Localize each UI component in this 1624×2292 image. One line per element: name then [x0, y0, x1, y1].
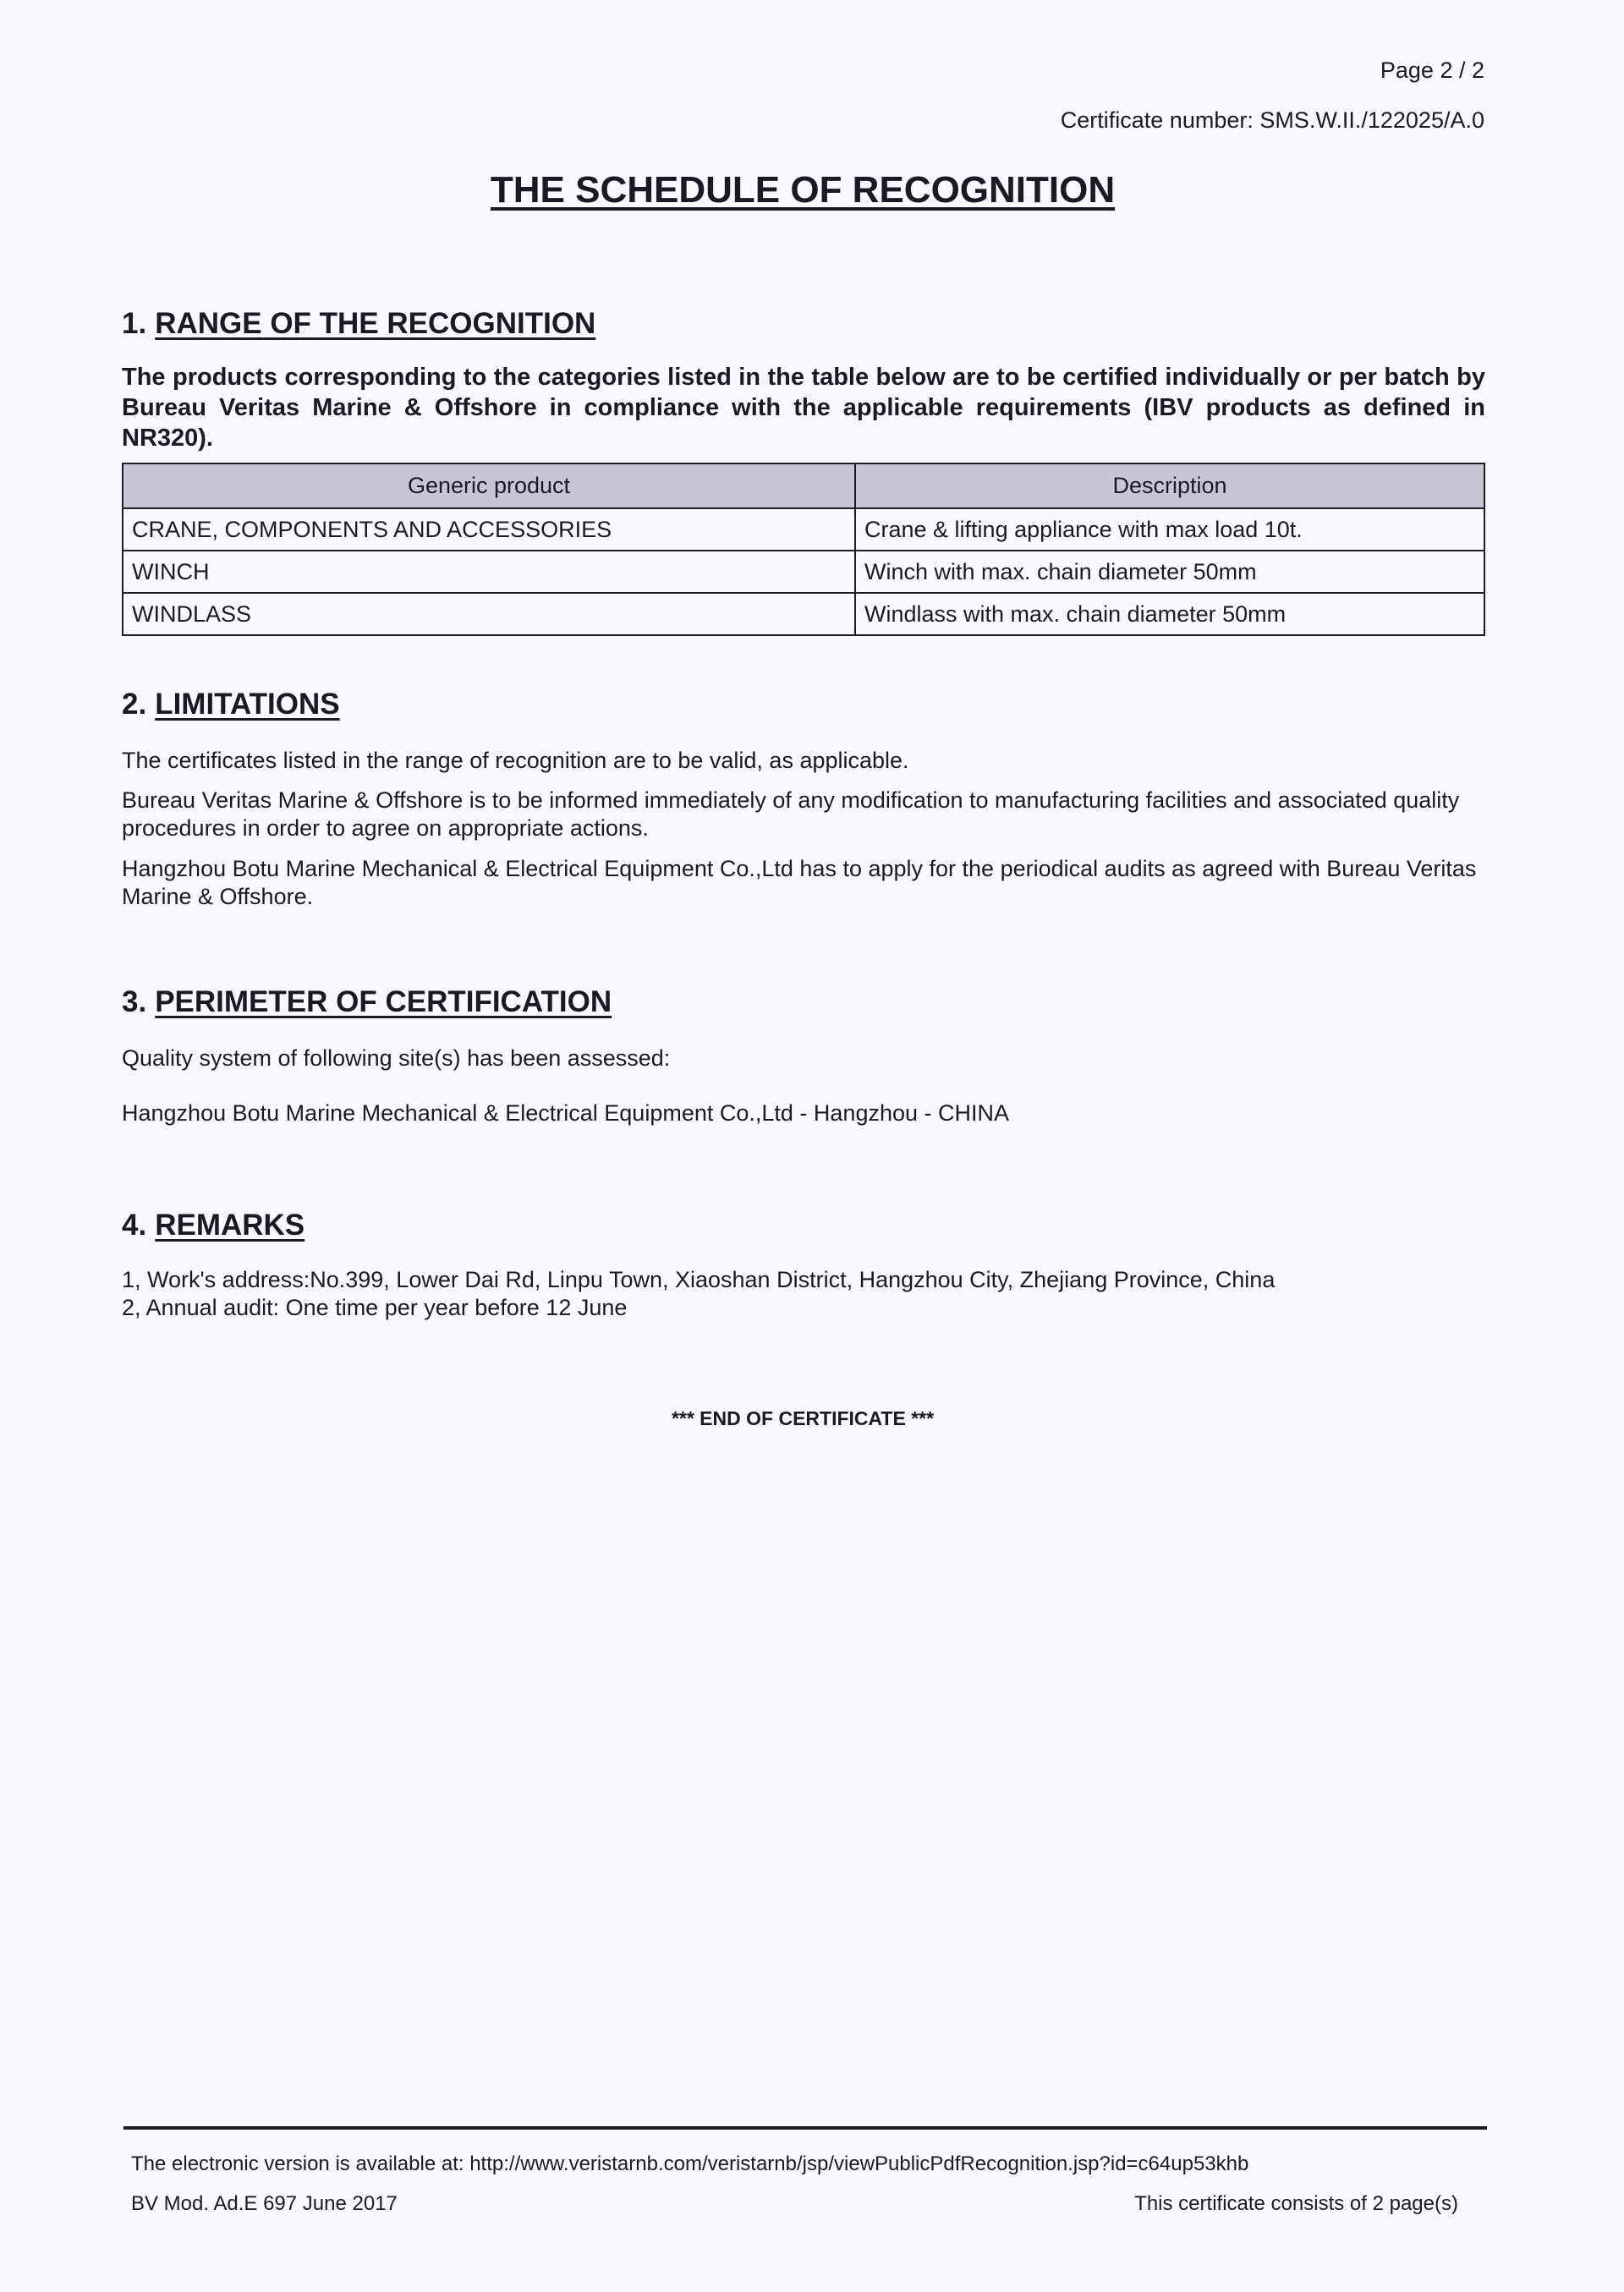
- cell-description: Crane & lifting appliance with max load …: [855, 508, 1484, 551]
- page-count-note: This certificate consists of 2 page(s): [1134, 2192, 1458, 2216]
- perimeter-site: Hangzhou Botu Marine Mechanical & Electr…: [122, 1099, 1492, 1127]
- section-number: 1.: [122, 307, 146, 340]
- electronic-version-link[interactable]: The electronic version is available at: …: [131, 2152, 1248, 2176]
- section-heading-limitations: 2.LIMITATIONS: [122, 688, 340, 721]
- perimeter-intro: Quality system of following site(s) has …: [122, 1045, 1492, 1072]
- end-of-certificate: *** END OF CERTIFICATE ***: [0, 1407, 1605, 1430]
- certificate-page: Page 2 / 2 Certificate number: SMS.W.II.…: [0, 0, 1624, 2292]
- section-heading-remarks: 4.REMARKS: [122, 1209, 304, 1242]
- section-heading-range: 1.RANGE OF THE RECOGNITION: [122, 307, 595, 341]
- table-row: WINCH Winch with max. chain diameter 50m…: [123, 551, 1484, 593]
- range-intro: The products corresponding to the catego…: [122, 362, 1485, 453]
- page-number: Page 2 / 2: [1380, 58, 1484, 84]
- cell-generic-product: WINDLASS: [123, 593, 855, 635]
- section-heading-perimeter: 3.PERIMETER OF CERTIFICATION: [122, 985, 612, 1019]
- table-header-row: Generic product Description: [123, 463, 1484, 508]
- certificate-number: Certificate number: SMS.W.II./122025/A.0: [1061, 107, 1484, 134]
- limitations-paragraph: The certificates listed in the range of …: [122, 747, 1492, 775]
- document-title-text: THE SCHEDULE OF RECOGNITION: [491, 169, 1115, 211]
- table-row: WINDLASS Windlass with max. chain diamet…: [123, 593, 1484, 635]
- section-number: 2.: [122, 688, 146, 721]
- recognition-table: Generic product Description CRANE, COMPO…: [122, 463, 1485, 636]
- section-title: LIMITATIONS: [155, 688, 339, 721]
- limitations-paragraph: Hangzhou Botu Marine Mechanical & Electr…: [122, 855, 1492, 911]
- section-number: 3.: [122, 985, 146, 1018]
- table-row: CRANE, COMPONENTS AND ACCESSORIES Crane …: [123, 508, 1484, 551]
- column-header-description: Description: [855, 463, 1484, 508]
- remark-item: 1, Work's address:No.399, Lower Dai Rd, …: [122, 1266, 1492, 1294]
- cell-description: Winch with max. chain diameter 50mm: [855, 551, 1484, 593]
- cell-generic-product: WINCH: [123, 551, 855, 593]
- column-header-generic-product: Generic product: [123, 463, 855, 508]
- cell-description: Windlass with max. chain diameter 50mm: [855, 593, 1484, 635]
- footer-divider: [123, 2126, 1487, 2130]
- remark-item: 2, Annual audit: One time per year befor…: [122, 1294, 1492, 1322]
- limitations-paragraph: Bureau Veritas Marine & Offshore is to b…: [122, 787, 1492, 842]
- section-title: PERIMETER OF CERTIFICATION: [155, 985, 612, 1018]
- section-number: 4.: [122, 1209, 146, 1242]
- section-title: REMARKS: [155, 1209, 304, 1242]
- cell-generic-product: CRANE, COMPONENTS AND ACCESSORIES: [123, 508, 855, 551]
- form-reference: BV Mod. Ad.E 697 June 2017: [131, 2192, 398, 2216]
- section-title: RANGE OF THE RECOGNITION: [155, 307, 595, 340]
- document-title: THE SCHEDULE OF RECOGNITION: [0, 169, 1605, 211]
